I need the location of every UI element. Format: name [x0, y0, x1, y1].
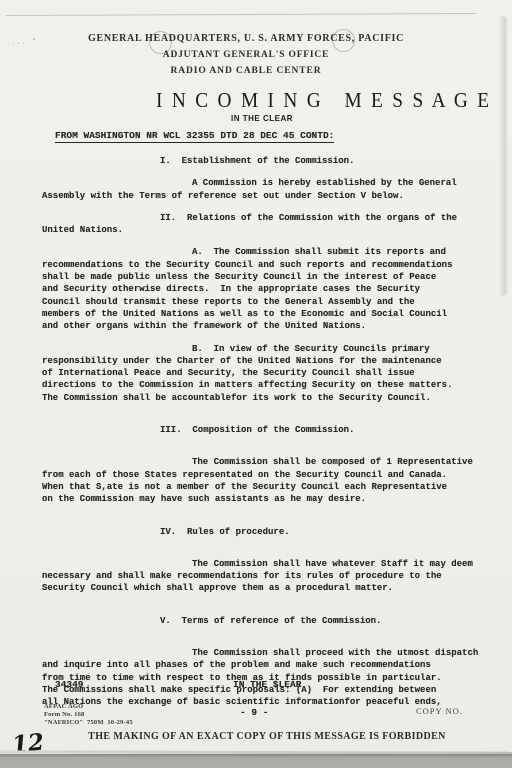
body-block: II. Relations of the Commission with the…	[42, 212, 482, 237]
body-line: B. In view of the Security Councils prim…	[42, 343, 482, 355]
body-line: IV. Rules of procedure.	[42, 526, 482, 538]
body-block: I. Establishment of the Commission.	[42, 155, 482, 167]
body-block: IV. Rules of procedure.	[42, 526, 482, 538]
body-line: responsibility under the Charter of the …	[42, 355, 482, 367]
message-origin-line: FROM WASHINGTON NR WCL 32355 DTD 28 DEC …	[55, 130, 334, 143]
body-block: The Commission shall have whatever Staff…	[42, 558, 482, 595]
body-line: The Commission shall proceed with the ut…	[42, 647, 482, 659]
body-line: When that S,ate is not a member of the S…	[42, 481, 482, 493]
body-line: III. Composition of the Commission.	[42, 424, 482, 436]
scanner-background-band	[0, 754, 512, 768]
scanned-document: ··· ʺ GENERAL HEADQUARTERS, U. S. ARMY F…	[0, 0, 512, 768]
body-line: recommendations to the Security Council …	[42, 259, 482, 271]
header-org-line: GENERAL HEADQUARTERS, U. S. ARMY FORCES,…	[0, 33, 492, 44]
body-block: V. Terms of reference of the Commission.	[42, 615, 482, 627]
body-line: and inquire into all phases of the probl…	[42, 659, 482, 671]
body-line: Assembly with the Terms of reference set…	[42, 190, 482, 202]
serial-number: 34349	[55, 679, 84, 690]
in-the-clear-stamp: IN THE CLEAR	[231, 114, 293, 123]
body-line: A. The Commission shall submit its repor…	[42, 246, 482, 258]
body-line: Council should transmit these reports to…	[42, 296, 482, 308]
body-block: The Commission shall proceed with the ut…	[42, 647, 482, 708]
body-line: II. Relations of the Commission with the…	[42, 212, 482, 224]
body-line: and Security otherwise directs. In the a…	[42, 283, 482, 295]
body-line: A Commission is hereby established by th…	[42, 177, 482, 189]
body-line: The Commission shall have whatever Staff…	[42, 558, 482, 570]
incoming-message-title: I N C O M I N G M E S S A G E	[156, 88, 491, 113]
body-block: III. Composition of the Commission.	[42, 424, 482, 436]
body-block: The Commission shall be composed of 1 Re…	[42, 456, 482, 505]
page-number: - 9 -	[240, 707, 269, 718]
body-block: A Commission is hereby established by th…	[42, 177, 482, 202]
body-line: necessary and shall make recommendations…	[42, 570, 482, 582]
header-center-line: RADIO AND CABLE CENTER	[0, 66, 492, 76]
header-office-line: ADJUTANT GENERAL'S OFFICE	[0, 50, 492, 60]
body-line: on the Commission may have such assistan…	[42, 493, 482, 505]
body-line: I. Establishment of the Commission.	[42, 155, 482, 167]
body-line: V. Terms of reference of the Commission.	[42, 615, 482, 627]
body-line: from each of those States representated …	[42, 469, 482, 481]
body-block: B. In view of the Security Councils prim…	[42, 343, 482, 404]
body-line: and other organs within the framework of…	[42, 320, 482, 332]
body-line: Security Council which shall approve the…	[42, 582, 482, 594]
form-info: AFPAC AGO Form No. 168 "NAFRICO" 750M 10…	[44, 703, 133, 727]
body-line: members of the United Nations as well as…	[42, 308, 482, 320]
right-edge-shadow	[498, 16, 508, 296]
page-fold-line	[6, 13, 476, 16]
body-line: of International Peace and Security, the…	[42, 367, 482, 379]
body-block: A. The Commission shall submit its repor…	[42, 246, 482, 332]
body-line: The Commission shall be composed of 1 Re…	[42, 456, 482, 468]
body-line: The Commission shall be accountablefor i…	[42, 392, 482, 404]
body-line: directions to the Commission in matters …	[42, 379, 482, 391]
body-line: United Nations.	[42, 224, 482, 236]
body-line: shall be made public unless the Security…	[42, 271, 482, 283]
clear-designation: IN THE $LEAR	[233, 679, 301, 690]
copy-no-label: COPY NO.	[416, 706, 463, 716]
message-body: I. Establishment of the Commission.A Com…	[42, 155, 482, 709]
security-warning: THE MAKING OF AN EXACT COPY OF THIS MESS…	[0, 731, 512, 742]
document-page: ··· ʺ GENERAL HEADQUARTERS, U. S. ARMY F…	[0, 0, 512, 754]
